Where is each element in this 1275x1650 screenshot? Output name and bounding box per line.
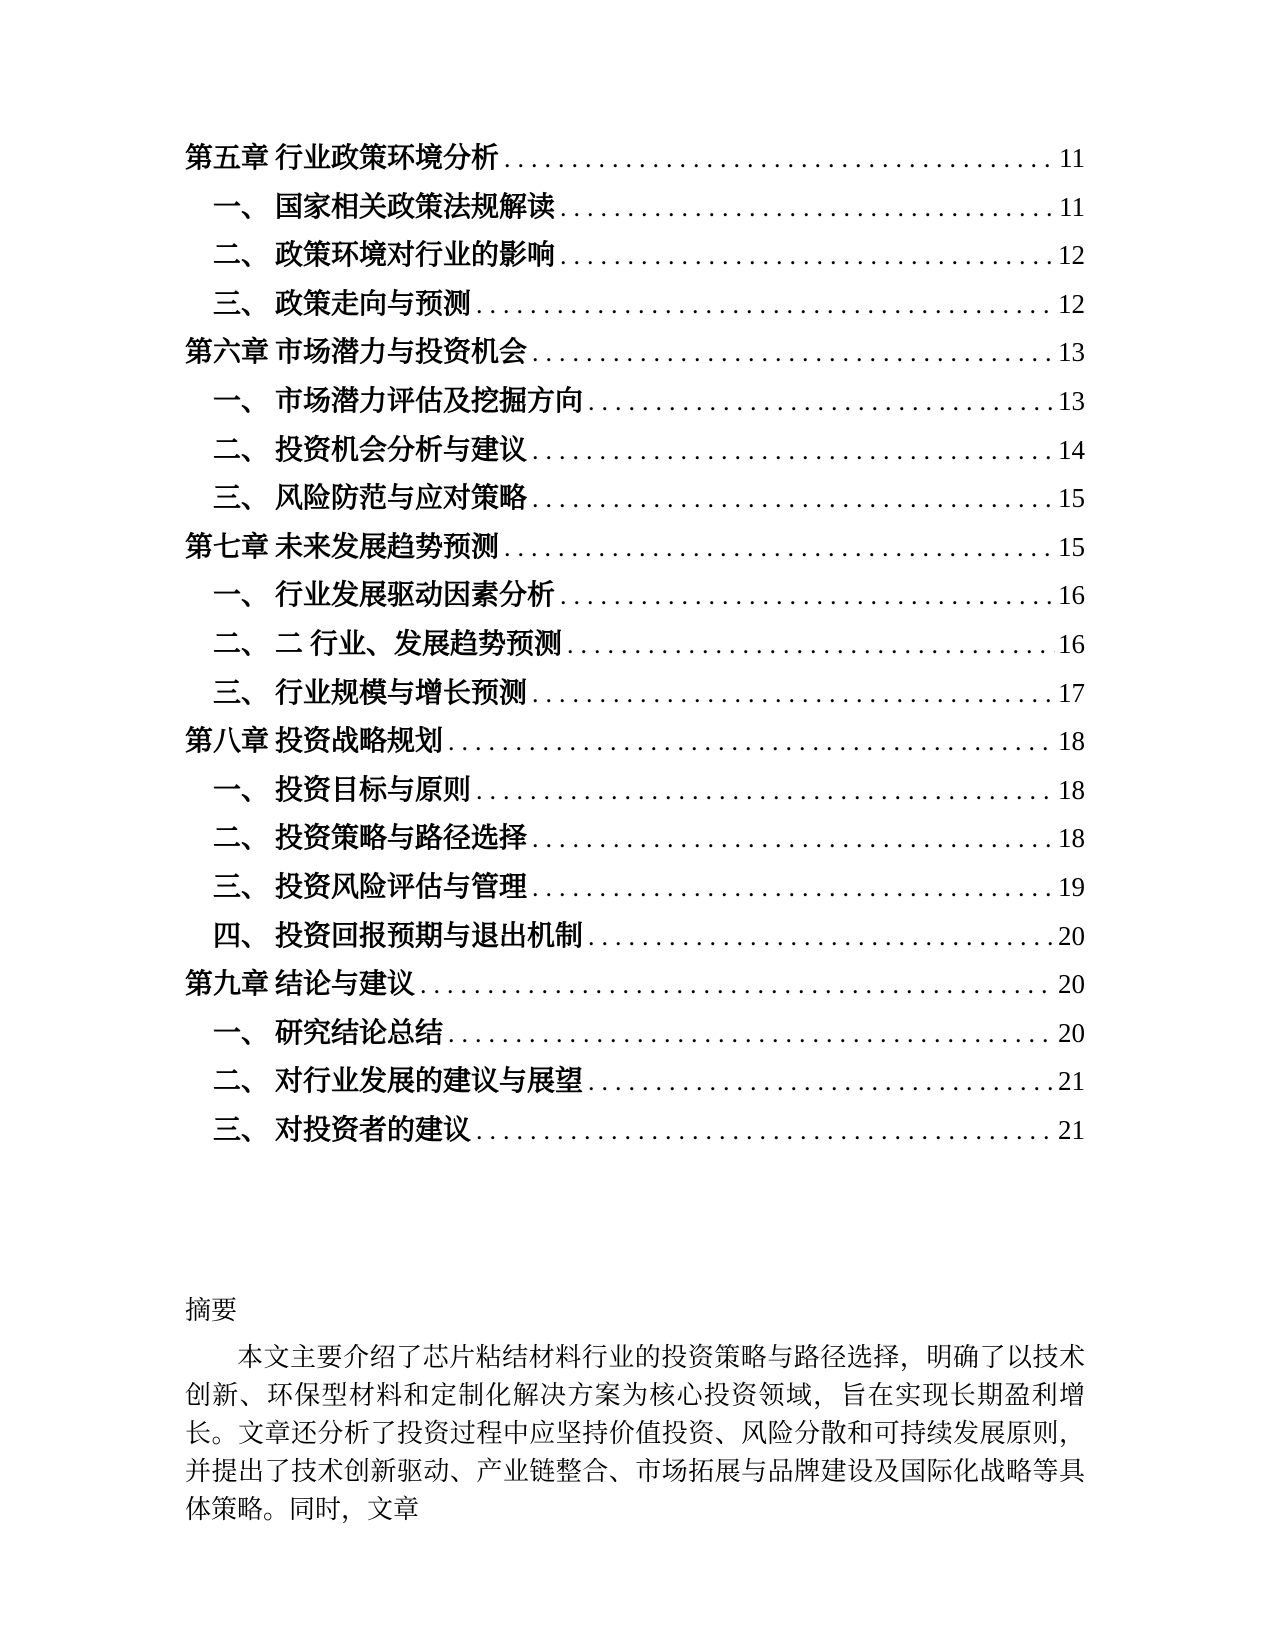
toc-page-number: 20 — [1058, 920, 1085, 952]
toc-dot-leader: ........................................… — [532, 872, 1055, 903]
toc-entry-title: 行业规模与增长预测 — [275, 677, 527, 711]
toc-entry-number: 第五章 — [185, 142, 275, 176]
toc-entry-title: 对行业发展的建议与展望 — [275, 1065, 583, 1099]
toc-dot-leader: ........................................… — [588, 1066, 1055, 1097]
toc-entry-title: 投资目标与原则 — [275, 774, 471, 808]
toc-entry[interactable]: 一、 市场潜力评估及挖掘方向 .........................… — [185, 374, 1085, 423]
toc-entry-title: 国家相关政策法规解读 — [275, 191, 555, 225]
toc-entry-number: 二、 — [213, 628, 275, 662]
toc-entry-title: 行业发展驱动因素分析 — [275, 579, 555, 613]
toc-entry-title: 投资回报预期与退出机制 — [275, 920, 583, 954]
toc-page-number: 18 — [1058, 774, 1085, 806]
toc-dot-leader: ........................................… — [504, 143, 1056, 174]
toc-dot-leader: ........................................… — [532, 435, 1055, 466]
toc-dot-leader: ........................................… — [476, 775, 1055, 806]
toc-page-number: 13 — [1058, 385, 1085, 417]
toc-dot-leader: ........................................… — [560, 240, 1055, 271]
toc-entry-number: 四、 — [213, 920, 275, 954]
toc-page-number: 21 — [1058, 1065, 1085, 1097]
toc-entry-title: 研究结论总结 — [275, 1017, 443, 1051]
toc-entry-number: 一、 — [213, 579, 275, 613]
toc-entry-title: 二 行业、发展趋势预测 — [275, 628, 562, 662]
toc-entry-number: 二、 — [213, 239, 275, 273]
toc-page-number: 17 — [1058, 677, 1085, 709]
toc-dot-leader: ........................................… — [532, 337, 1055, 368]
toc-entry[interactable]: 二、 对行业发展的建议与展望 .........................… — [185, 1054, 1085, 1103]
toc-dot-leader: ........................................… — [560, 192, 1056, 223]
toc-entry-title: 政策环境对行业的影响 — [275, 239, 555, 273]
toc-page-number: 15 — [1058, 531, 1085, 563]
toc-entry-title: 行业政策环境分析 — [275, 142, 499, 176]
document-page: 第五章 行业政策环境分析 ...........................… — [0, 0, 1275, 1650]
toc-entry[interactable]: 一、 行业发展驱动因素分析 ..........................… — [185, 568, 1085, 617]
toc-page-number: 20 — [1058, 1017, 1085, 1049]
toc-entry[interactable]: 一、 研究结论总结 ..............................… — [185, 1006, 1085, 1055]
toc-entry-number: 三、 — [213, 871, 275, 905]
toc-page-number: 18 — [1058, 822, 1085, 854]
toc-entry[interactable]: 三、 对投资者的建议 .............................… — [185, 1103, 1085, 1152]
toc-entry[interactable]: 第六章 市场潜力与投资机会 ..........................… — [185, 325, 1085, 374]
toc-entry[interactable]: 第九章 结论与建议 ..............................… — [185, 957, 1085, 1006]
toc-entry-number: 一、 — [213, 191, 275, 225]
toc-dot-leader: ........................................… — [588, 386, 1055, 417]
toc-dot-leader: ........................................… — [588, 921, 1055, 952]
toc-entry-number: 二、 — [213, 1065, 275, 1099]
toc-entry-title: 结论与建议 — [275, 968, 415, 1002]
toc-entry-number: 二、 — [213, 434, 275, 468]
toc-page-number: 20 — [1058, 968, 1085, 1000]
toc-page-number: 13 — [1058, 336, 1085, 368]
toc-entry[interactable]: 第五章 行业政策环境分析 ...........................… — [185, 131, 1085, 180]
toc-entry-number: 三、 — [213, 288, 275, 322]
toc-entry[interactable]: 三、 行业规模与增长预测 ...........................… — [185, 666, 1085, 715]
toc-entry-number: 第八章 — [185, 725, 275, 759]
toc-entry-title: 投资风险评估与管理 — [275, 871, 527, 905]
toc-dot-leader: ........................................… — [504, 532, 1055, 563]
toc-page-number: 21 — [1058, 1114, 1085, 1146]
toc-dot-leader: ........................................… — [448, 1018, 1055, 1049]
toc-entry[interactable]: 二、 投资机会分析与建议 ...........................… — [185, 423, 1085, 472]
toc-page-number: 18 — [1058, 725, 1085, 757]
toc-dot-leader: ........................................… — [448, 726, 1055, 757]
toc-entry-title: 投资策略与路径选择 — [275, 822, 527, 856]
toc-entry-title: 风险防范与应对策略 — [275, 482, 527, 516]
toc-entry-number: 三、 — [213, 1114, 275, 1148]
toc-entry[interactable]: 一、 投资目标与原则 .............................… — [185, 763, 1085, 812]
toc-entry-number: 三、 — [213, 677, 275, 711]
toc-entry-number: 第七章 — [185, 531, 275, 565]
toc-dot-leader: ........................................… — [560, 580, 1055, 611]
toc-entry[interactable]: 三、 投资风险评估与管理 ...........................… — [185, 860, 1085, 909]
toc-entry-number: 三、 — [213, 482, 275, 516]
toc-entry-number: 二、 — [213, 822, 275, 856]
toc-entry[interactable]: 第七章 未来发展趋势预测 ...........................… — [185, 520, 1085, 569]
toc-entry-number: 一、 — [213, 1017, 275, 1051]
toc-page-number: 16 — [1058, 628, 1085, 660]
toc-entry-title: 政策走向与预测 — [275, 288, 471, 322]
toc-entry-title: 投资战略规划 — [275, 725, 443, 759]
toc-entry[interactable]: 三、 风险防范与应对策略 ...........................… — [185, 471, 1085, 520]
table-of-contents: 第五章 行业政策环境分析 ...........................… — [185, 131, 1085, 1151]
toc-entry[interactable]: 二、 投资策略与路径选择 ...........................… — [185, 811, 1085, 860]
toc-entry-title: 市场潜力与投资机会 — [275, 336, 527, 370]
toc-entry-title: 市场潜力评估及挖掘方向 — [275, 385, 583, 419]
toc-entry-title: 对投资者的建议 — [275, 1114, 471, 1148]
toc-dot-leader: ........................................… — [532, 483, 1055, 514]
toc-entry-title: 未来发展趋势预测 — [275, 531, 499, 565]
toc-entry-number: 第六章 — [185, 336, 275, 370]
toc-dot-leader: ........................................… — [532, 823, 1055, 854]
toc-dot-leader: ........................................… — [476, 289, 1055, 320]
toc-entry-title: 投资机会分析与建议 — [275, 434, 527, 468]
toc-page-number: 12 — [1058, 288, 1085, 320]
toc-page-number: 16 — [1058, 579, 1085, 611]
toc-page-number: 12 — [1058, 239, 1085, 271]
toc-page-number: 19 — [1058, 871, 1085, 903]
toc-page-number: 15 — [1058, 482, 1085, 514]
toc-page-number: 11 — [1059, 142, 1085, 174]
toc-entry-number: 第九章 — [185, 968, 275, 1002]
toc-entry-number: 一、 — [213, 774, 275, 808]
toc-entry[interactable]: 一、 国家相关政策法规解读 ..........................… — [185, 180, 1085, 229]
toc-entry[interactable]: 二、 二 行业、发展趋势预测 .........................… — [185, 617, 1085, 666]
toc-dot-leader: ........................................… — [420, 969, 1055, 1000]
toc-entry[interactable]: 第八章 投资战略规划 .............................… — [185, 714, 1085, 763]
abstract-heading: 摘要 — [185, 1293, 1085, 1329]
toc-entry-number: 一、 — [213, 385, 275, 419]
toc-page-number: 14 — [1058, 434, 1085, 466]
toc-entry[interactable]: 四、 投资回报预期与退出机制 .........................… — [185, 909, 1085, 958]
toc-page-number: 11 — [1059, 191, 1085, 223]
toc-dot-leader: ........................................… — [532, 678, 1055, 709]
toc-dot-leader: ........................................… — [476, 1115, 1055, 1146]
abstract-paragraph: 本文主要介绍了芯片粘结材料行业的投资策略与路径选择，明确了以技术创新、环保型材料… — [185, 1339, 1085, 1529]
toc-entry[interactable]: 二、 政策环境对行业的影响 ..........................… — [185, 228, 1085, 277]
toc-dot-leader: ........................................… — [567, 629, 1055, 660]
abstract-section: 摘要 本文主要介绍了芯片粘结材料行业的投资策略与路径选择，明确了以技术创新、环保… — [185, 1293, 1085, 1529]
toc-entry[interactable]: 三、 政策走向与预测 .............................… — [185, 277, 1085, 326]
